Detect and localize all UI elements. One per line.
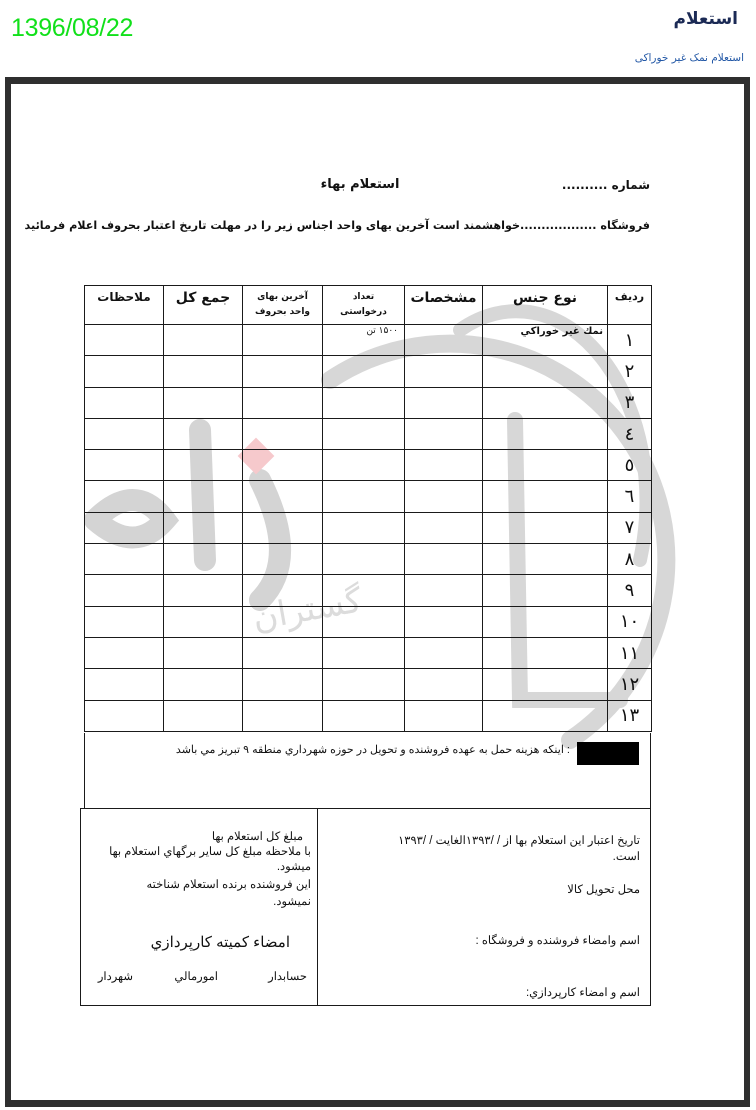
total-cell — [164, 512, 243, 543]
redacted-block — [577, 742, 639, 765]
table-row: ٢ — [85, 356, 652, 387]
date-label: 1396/08/22 — [11, 14, 133, 43]
item-type-cell — [483, 700, 608, 731]
signature-section: تاریخ اعتبار این استعلام بها از / /۱۳۹۳ا… — [80, 808, 651, 1006]
unit-price-cell — [243, 418, 323, 449]
notes-cell — [85, 418, 164, 449]
header-unit-price: آخرین بهایواحد بحروف — [243, 286, 323, 325]
specs-cell — [405, 700, 483, 731]
signer-accountant: حسابدار — [268, 969, 307, 983]
total-cell — [164, 418, 243, 449]
unit-price-cell — [243, 325, 323, 356]
transport-note: : اینکه هزینه حمل به عهده فروشنده و تحوی… — [176, 743, 570, 756]
page-title: استعلام — [674, 9, 738, 29]
notes-cell — [85, 669, 164, 700]
specs-cell — [405, 512, 483, 543]
row-number-cell: ٥ — [608, 450, 652, 481]
committee-signature-label: امضاء کمیته کارپردازي — [151, 933, 290, 951]
unit-price-cell — [243, 481, 323, 512]
row-number-cell: ١١ — [608, 637, 652, 668]
winner-line-end: نمیشود. — [273, 894, 311, 908]
specs-cell — [405, 637, 483, 668]
table-row: ٩ — [85, 575, 652, 606]
table-row: ٤ — [85, 418, 652, 449]
specs-cell — [405, 387, 483, 418]
total-cell — [164, 450, 243, 481]
specs-cell — [405, 450, 483, 481]
header-specs: مشخصات — [405, 286, 483, 325]
specs-cell — [405, 418, 483, 449]
quantity-cell — [323, 481, 405, 512]
header-quantity: تعداددرخواستی — [323, 286, 405, 325]
unit-price-cell — [243, 544, 323, 575]
signer-mayor: شهردار — [98, 969, 133, 983]
item-type-cell — [483, 356, 608, 387]
header-row-number: ردیف — [608, 286, 652, 325]
row-number-cell: ١٣ — [608, 700, 652, 731]
table-row: ١نمك غير خوراكي۱۵۰۰ تن — [85, 325, 652, 356]
unit-price-cell — [243, 700, 323, 731]
row-number-cell: ٤ — [608, 418, 652, 449]
notes-cell — [85, 606, 164, 637]
table-row: ١٣ — [85, 700, 652, 731]
total-cell — [164, 356, 243, 387]
notes-cell — [85, 575, 164, 606]
row-number-cell: ٦ — [608, 481, 652, 512]
specs-cell — [405, 356, 483, 387]
items-table: ردیف نوع جنس مشخصات تعداددرخواستی آخرین … — [84, 285, 652, 732]
total-cell — [164, 481, 243, 512]
validity-line-end: است. — [613, 849, 640, 863]
quantity-cell — [323, 544, 405, 575]
header-price-line2: واحد بحروف — [255, 307, 310, 317]
specs-cell — [405, 606, 483, 637]
item-type-cell — [483, 544, 608, 575]
row-number-cell: ٢ — [608, 356, 652, 387]
table-row: ٥ — [85, 450, 652, 481]
quantity-cell — [323, 575, 405, 606]
quantity-cell — [323, 450, 405, 481]
specs-cell — [405, 481, 483, 512]
item-type-cell — [483, 418, 608, 449]
notes-cell — [85, 356, 164, 387]
row-number-cell: ١٠ — [608, 606, 652, 637]
unit-price-cell — [243, 669, 323, 700]
header-price-line1: آخرین بهای — [257, 292, 308, 302]
table-row: ٦ — [85, 481, 652, 512]
notes-cell — [85, 481, 164, 512]
document-title: استعلام بهاء — [300, 177, 420, 192]
notes-cell — [85, 700, 164, 731]
quantity-cell — [323, 637, 405, 668]
total-cell — [164, 669, 243, 700]
row-number-cell: ٧ — [608, 512, 652, 543]
note-section: : اینکه هزینه حمل به عهده فروشنده و تحوی… — [84, 733, 651, 809]
winner-line: این فروشنده برنده استعلام شناخته — [147, 877, 312, 891]
quantity-cell: ۱۵۰۰ تن — [323, 325, 405, 356]
item-type-cell — [483, 637, 608, 668]
table-row: ١١ — [85, 637, 652, 668]
quantity-cell — [323, 669, 405, 700]
quantity-cell — [323, 387, 405, 418]
header-total: جمع کل — [164, 286, 243, 325]
table-row: ٧ — [85, 512, 652, 543]
header-item-type: نوع جنس — [483, 286, 608, 325]
table-header-row: ردیف نوع جنس مشخصات تعداددرخواستی آخرین … — [85, 286, 652, 325]
total-cell — [164, 700, 243, 731]
request-line: فروشگاه ..................خواهشمند است آ… — [25, 219, 650, 232]
header-quantity-line1: تعداد — [353, 292, 374, 302]
signer-finance: امورمالي — [174, 969, 218, 983]
row-number-cell: ١٢ — [608, 669, 652, 700]
row-number-cell: ٨ — [608, 544, 652, 575]
quantity-cell — [323, 606, 405, 637]
page-subtitle[interactable]: استعلام نمک غیر خوراکی — [635, 52, 744, 64]
row-number-cell: ١ — [608, 325, 652, 356]
procurement-signature-label: اسم و امضاء کارپردازي: — [526, 985, 640, 999]
header-notes: ملاحظات — [85, 286, 164, 325]
table-row: ١٠ — [85, 606, 652, 637]
item-type-cell — [483, 669, 608, 700]
quantity-cell — [323, 418, 405, 449]
specs-cell — [405, 669, 483, 700]
total-amount-line2: با ملاحظه مبلغ کل سایر برگهاي استعلام به… — [109, 844, 311, 858]
item-type-cell: نمك غير خوراكي — [483, 325, 608, 356]
seller-signature-label: اسم وامضاء فروشنده و فروشگاه : — [476, 933, 640, 947]
item-type-cell — [483, 512, 608, 543]
item-type-cell — [483, 450, 608, 481]
notes-cell — [85, 512, 164, 543]
quantity-cell — [323, 512, 405, 543]
specs-cell — [405, 325, 483, 356]
total-cell — [164, 544, 243, 575]
document-number: شماره .......... — [562, 178, 650, 192]
notes-cell — [85, 450, 164, 481]
specs-cell — [405, 575, 483, 606]
row-number-cell: ٩ — [608, 575, 652, 606]
quantity-cell — [323, 356, 405, 387]
total-cell — [164, 575, 243, 606]
total-cell — [164, 637, 243, 668]
total-cell — [164, 325, 243, 356]
header-quantity-line2: درخواستی — [340, 307, 387, 317]
quantity-cell — [323, 700, 405, 731]
unit-price-cell — [243, 450, 323, 481]
notes-cell — [85, 387, 164, 418]
specs-cell — [405, 544, 483, 575]
validity-line: تاریخ اعتبار این استعلام بها از / /۱۳۹۳ا… — [398, 833, 640, 847]
delivery-place-label: محل تحویل کالا — [567, 882, 640, 896]
total-cell — [164, 606, 243, 637]
row-number-cell: ٣ — [608, 387, 652, 418]
notes-cell — [85, 325, 164, 356]
unit-price-cell — [243, 356, 323, 387]
item-type-cell — [483, 387, 608, 418]
total-amount-label: مبلغ کل استعلام بها — [212, 829, 303, 843]
item-type-cell — [483, 575, 608, 606]
total-amount-line3: میشود. — [277, 859, 311, 873]
notes-cell — [85, 544, 164, 575]
item-type-cell — [483, 481, 608, 512]
table-row: ٣ — [85, 387, 652, 418]
section-divider — [317, 809, 318, 1005]
unit-price-cell — [243, 512, 323, 543]
notes-cell — [85, 637, 164, 668]
item-type-cell — [483, 606, 608, 637]
table-row: ٨ — [85, 544, 652, 575]
unit-price-cell — [243, 637, 323, 668]
unit-price-cell — [243, 606, 323, 637]
unit-price-cell — [243, 387, 323, 418]
unit-price-cell — [243, 575, 323, 606]
total-cell — [164, 387, 243, 418]
table-row: ١٢ — [85, 669, 652, 700]
